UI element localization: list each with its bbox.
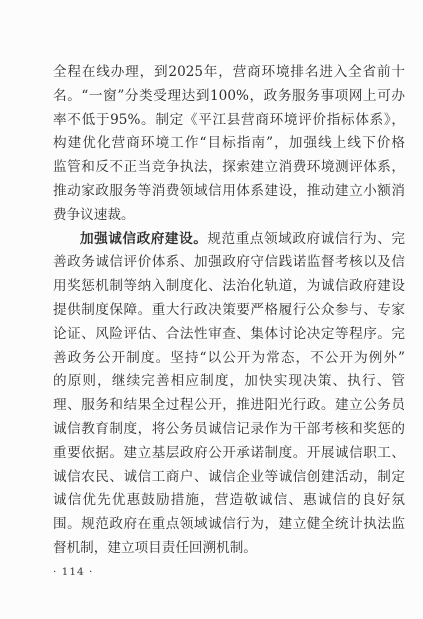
- text-line: 的原则，继续完善相应制度，加快实现决策、执行、管: [53, 370, 405, 394]
- document-page: 全程在线办理，到2025年，营商环境排名进入全省前十 名。“一窗”分类受理达到1…: [0, 0, 423, 619]
- text-line: 用奖惩机制等纳入制度化、法治化轨道，为诚信政府建设: [53, 275, 405, 299]
- text-line: 重要依据。建立基层政府公开承诺制度。开展诚信职工、: [53, 442, 405, 466]
- page-number: · 114 ·: [53, 566, 93, 578]
- paragraph-last-line: 费争议速裁。: [53, 204, 405, 228]
- text-line: 构建优化营商环境工作“目标指南”，加强线上线下价格: [53, 132, 405, 156]
- paragraph-heading: 加强诚信政府建设。: [80, 231, 207, 247]
- text-line: 诚信教育制度，将公务员诚信记录作为干部考核和奖惩的: [53, 418, 405, 442]
- paragraph-last-line: 督机制，建立项目责任回溯机制。: [53, 537, 405, 561]
- body-text: 全程在线办理，到2025年，营商环境排名进入全省前十 名。“一窗”分类受理达到1…: [53, 61, 405, 561]
- text-line: 理、服务和结果全过程公开，推进阳光行政。建立公务员: [53, 394, 405, 418]
- text-line: 推动家政服务等消费领域信用体系建设，推动建立小额消: [53, 180, 405, 204]
- text-line: 全程在线办理，到2025年，营商环境排名进入全省前十: [53, 61, 405, 85]
- text-line: 善政务公开制度。坚持“以公开为常态，不公开为例外”: [53, 347, 405, 371]
- text-line: 善政务诚信评价体系、加强政府守信践诺监督考核以及信: [53, 251, 405, 275]
- text-line: 名。“一窗”分类受理达到100%，政务服务事项网上可办: [53, 85, 405, 109]
- text-line: 诚信优先优惠鼓励措施，营造敬诚信、惠诚信的良好氛: [53, 489, 405, 513]
- paragraph-first-line: 加强诚信政府建设。规范重点领域政府诚信行为、完: [53, 228, 405, 252]
- text-line: 诚信农民、诚信工商户、诚信企业等诚信创建活动，制定: [53, 466, 405, 490]
- text-line: 提供制度保障。重大行政决策要严格履行公众参与、专家: [53, 299, 405, 323]
- text-line: 围。规范政府在重点领域诚信行为，建立健全统计执法监: [53, 513, 405, 537]
- text-line: 论证、风险评估、合法性审查、集体讨论决定等程序。完: [53, 323, 405, 347]
- text-run: 规范重点领域政府诚信行为、完: [207, 231, 405, 247]
- text-line: 率不低于95%。制定《平江县营商环境评价指标体系》，: [53, 109, 405, 133]
- text-line: 监管和反不正当竞争执法，探索建立消费环境测评体系，: [53, 156, 405, 180]
